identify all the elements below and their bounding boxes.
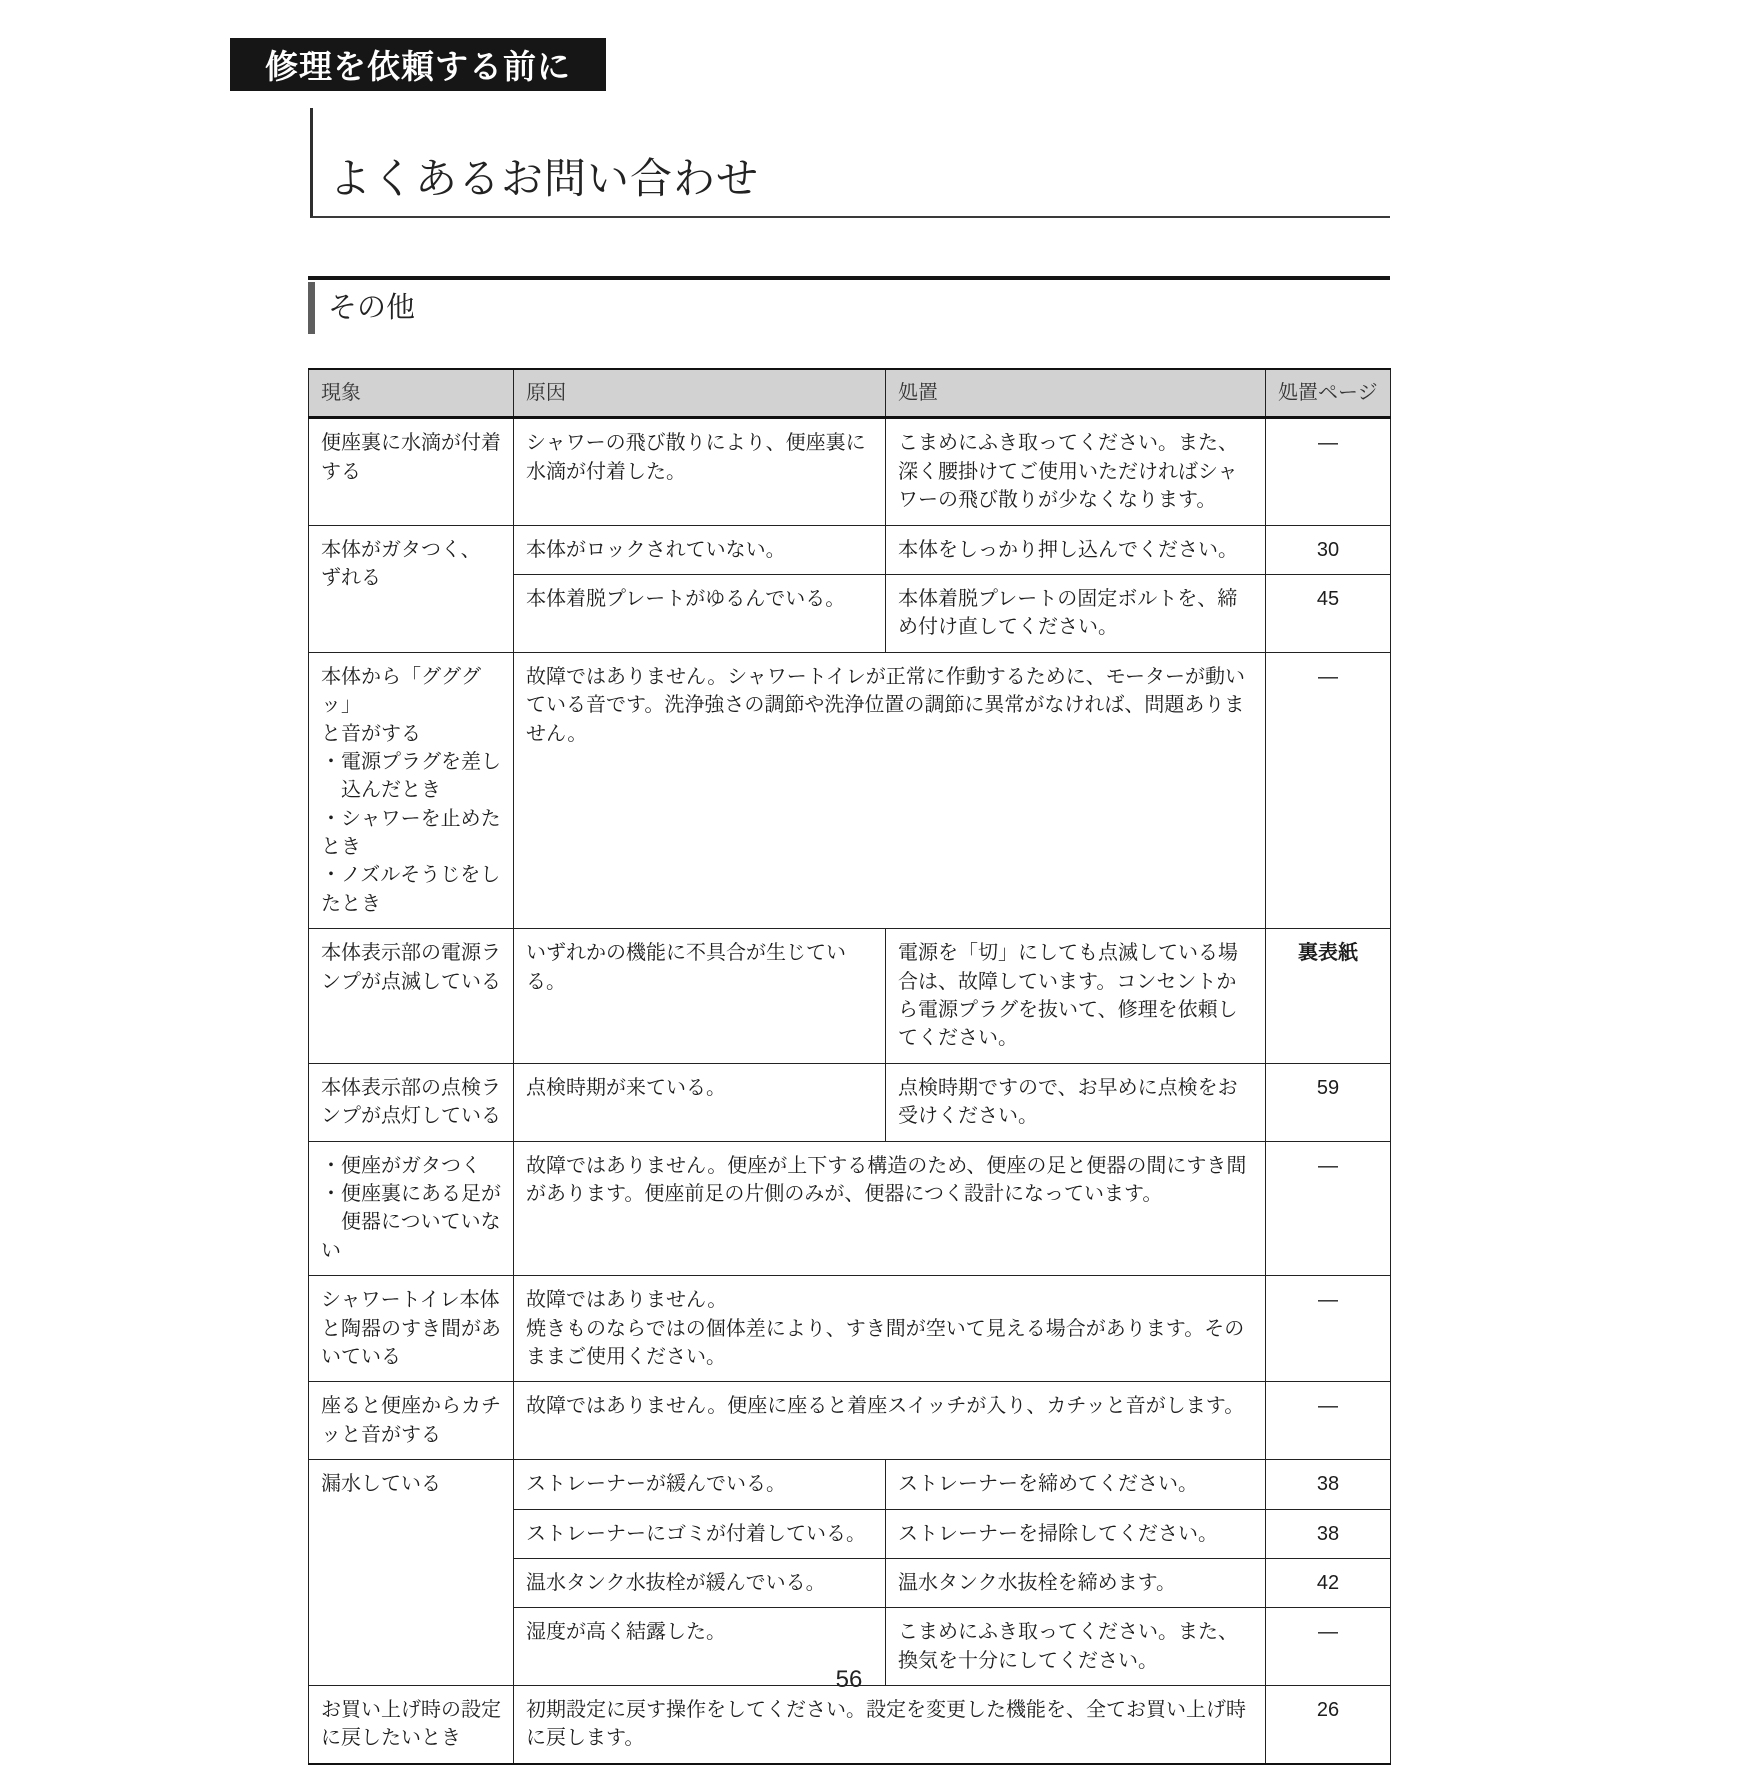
action-cell: ストレーナーを掃除してください。 (886, 1509, 1266, 1558)
merged-note-cell: 故障ではありません。 焼きものならではの個体差により、すき間が空いて見える場合が… (514, 1276, 1266, 1382)
page-ref-cell: — (1266, 652, 1391, 929)
merged-note-cell: 故障ではありません。シャワートイレが正常に作動するために、モーターが動いている音… (514, 652, 1266, 929)
page-ref-cell: — (1266, 418, 1391, 525)
action-cell: 温水タンク水抜栓を締めます。 (886, 1558, 1266, 1607)
cause-cell: シャワーの飛び散りにより、便座裏に水滴が付着した。 (514, 418, 886, 525)
cause-cell: 本体がロックされていない。 (514, 525, 886, 574)
col-header-2: 処置 (886, 369, 1266, 418)
action-cell: 点検時期ですので、お早めに点検をお受けください。 (886, 1063, 1266, 1141)
cause-cell: 本体着脱プレートがゆるんでいる。 (514, 574, 886, 652)
section-title: その他 (308, 282, 1390, 334)
col-header-1: 原因 (514, 369, 886, 418)
page-ref-cell: 45 (1266, 574, 1391, 652)
page-ref-cell: 裏表紙 (1266, 929, 1391, 1064)
table-row: 漏水しているストレーナーが緩んでいる。ストレーナーを締めてください。38 (309, 1460, 1391, 1509)
phenomenon-cell: ・便座がガタつく ・便座裏にある足が 便器についていない (309, 1141, 514, 1276)
page-title: よくあるお問い合わせ (329, 146, 759, 206)
page-ref-cell: — (1266, 1382, 1391, 1460)
cause-cell: 点検時期が来ている。 (514, 1063, 886, 1141)
page-number: 56 (308, 1666, 1390, 1694)
table-row: ・便座がガタつく ・便座裏にある足が 便器についていない故障ではありません。便座… (309, 1141, 1391, 1276)
table-row: シャワートイレ本体と陶器のすき間があいている故障ではありません。 焼きものならで… (309, 1276, 1391, 1382)
faq-table: 現象原因処置処置ページ 便座裏に水滴が付着するシャワーの飛び散りにより、便座裏に… (308, 368, 1391, 1765)
phenomenon-cell: 座ると便座からカチッと音がする (309, 1382, 514, 1460)
col-header-0: 現象 (309, 369, 514, 418)
table-row: 本体から「グググッ」 と音がする ・電源プラグを差し 込んだとき ・シャワーを止… (309, 652, 1391, 929)
action-cell: 電源を「切」にしても点滅している場合は、故障しています。コンセントから電源プラグ… (886, 929, 1266, 1064)
table-header-row: 現象原因処置処置ページ (309, 369, 1391, 418)
chapter-banner: 修理を依頼する前に (230, 38, 606, 91)
page-ref-cell: 26 (1266, 1686, 1391, 1764)
table-row: 便座裏に水滴が付着するシャワーの飛び散りにより、便座裏に水滴が付着した。こまめに… (309, 418, 1391, 525)
page-ref-cell: — (1266, 1141, 1391, 1276)
phenomenon-cell: 本体表示部の点検ランプが点灯している (309, 1063, 514, 1141)
table-row: お買い上げ時の設定に戻したいとき初期設定に戻す操作をしてください。設定を変更した… (309, 1686, 1391, 1764)
table-row: 本体がガタつく、 ずれる本体がロックされていない。本体をしっかり押し込んでくださ… (309, 525, 1391, 574)
cause-cell: ストレーナーにゴミが付着している。 (514, 1509, 886, 1558)
action-cell: こまめにふき取ってください。また、深く腰掛けてご使用いただければシャワーの飛び散… (886, 418, 1266, 525)
phenomenon-cell: お買い上げ時の設定に戻したいとき (309, 1686, 514, 1764)
cause-cell: ストレーナーが緩んでいる。 (514, 1460, 886, 1509)
page-ref-cell: 38 (1266, 1509, 1391, 1558)
faq-table-wrap: 現象原因処置処置ページ 便座裏に水滴が付着するシャワーの飛び散りにより、便座裏に… (308, 368, 1390, 1765)
page-ref-cell: — (1266, 1276, 1391, 1382)
table-row: 本体表示部の電源ランプが点滅しているいずれかの機能に不具合が生じている。電源を「… (309, 929, 1391, 1064)
cause-cell: 温水タンク水抜栓が緩んでいる。 (514, 1558, 886, 1607)
table-row: 本体表示部の点検ランプが点灯している点検時期が来ている。点検時期ですので、お早め… (309, 1063, 1391, 1141)
phenomenon-cell: 便座裏に水滴が付着する (309, 418, 514, 525)
action-cell: 本体をしっかり押し込んでください。 (886, 525, 1266, 574)
page-ref-cell: 30 (1266, 525, 1391, 574)
section-header: その他 (308, 276, 1390, 334)
merged-note-cell: 故障ではありません。便座が上下する構造のため、便座の足と便器の間にすき間がありま… (514, 1141, 1266, 1276)
phenomenon-cell: 本体から「グググッ」 と音がする ・電源プラグを差し 込んだとき ・シャワーを止… (309, 652, 514, 929)
action-cell: ストレーナーを締めてください。 (886, 1460, 1266, 1509)
page-title-block: よくあるお問い合わせ (310, 108, 1390, 218)
phenomenon-cell: 本体表示部の電源ランプが点滅している (309, 929, 514, 1064)
table-row: 座ると便座からカチッと音がする故障ではありません。便座に座ると着座スイッチが入り… (309, 1382, 1391, 1460)
cause-cell: いずれかの機能に不具合が生じている。 (514, 929, 886, 1064)
col-header-3: 処置ページ (1266, 369, 1391, 418)
page-ref-cell: 38 (1266, 1460, 1391, 1509)
phenomenon-cell: 本体がガタつく、 ずれる (309, 525, 514, 652)
page-ref-cell: 59 (1266, 1063, 1391, 1141)
phenomenon-cell: シャワートイレ本体と陶器のすき間があいている (309, 1276, 514, 1382)
merged-note-cell: 故障ではありません。便座に座ると着座スイッチが入り、カチッと音がします。 (514, 1382, 1266, 1460)
phenomenon-cell: 漏水している (309, 1460, 514, 1686)
chapter-banner-label: 修理を依頼する前に (265, 41, 571, 88)
page-ref-cell: 42 (1266, 1558, 1391, 1607)
action-cell: 本体着脱プレートの固定ボルトを、締め付け直してください。 (886, 574, 1266, 652)
merged-note-cell: 初期設定に戻す操作をしてください。設定を変更した機能を、全てお買い上げ時に戻しま… (514, 1686, 1266, 1764)
